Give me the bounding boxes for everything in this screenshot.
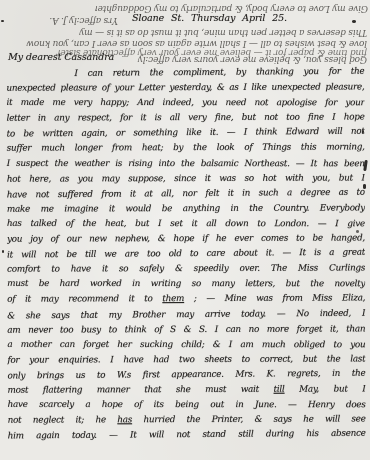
ink-speck [363,184,366,189]
cross-writing-line: Yrs affec:ly J. A. [6,14,118,26]
letter-line: unexpected pleasure of your Letter yeste… [6,80,364,96]
letter-line: it made me very happy; And indeed, you n… [6,96,364,111]
letter-line: I can return the compliment, by thanking… [6,65,364,83]
letter-line: am never too busy to think of S & S. I c… [7,322,365,338]
letter-line: of it may recommend it to them ; — Mine … [7,292,365,308]
letter-line: him again today. — It will not stand sti… [8,427,366,445]
letter-line: suffer much longer from heat; by the loo… [7,141,365,157]
ink-speck [2,250,4,253]
letter-line: have scarcely a hope of its being out in… [8,398,366,413]
letter-line: most flattering manner that she must wai… [7,382,365,398]
letter-line: a mother can forget her sucking child; &… [7,338,365,353]
letter-dateline: Sloane St. Thursday April 25. [132,13,287,24]
letter-line: has talked of the heat, but I set it all… [7,217,365,232]
letter-line: comfort to have it so safely & speedily … [7,262,365,278]
letter-line: I suspect the weather is rising into the… [7,156,365,171]
ink-speck [362,130,364,133]
letter-body: I can return the compliment, by thanking… [6,65,365,444]
ink-speck [1,20,4,22]
letter-salutation: My dearest Cassandra [8,52,114,63]
letter-line: & she says that my Brother may arrive to… [7,306,365,324]
letter-line: have not suffered from it at all, nor fe… [7,185,365,203]
letter-line: hot here, as you may suppose, since it w… [7,171,365,187]
letter-line: must be hard worked in writing so many l… [7,277,365,292]
ink-speck [352,20,356,23]
letter-scan-page: Give my Love to every body, & particular… [0,0,370,460]
cross-writing-line: God bless you, & believe me ever yours v… [122,53,367,65]
letter-line: make me imagine it would be anything in … [7,201,365,217]
letter-line: only brings us to W.s first appearance. … [7,366,365,384]
ink-speck [356,230,359,233]
ink-speck [363,160,368,171]
letter-line: it will not be till we are too old to ca… [7,246,365,264]
